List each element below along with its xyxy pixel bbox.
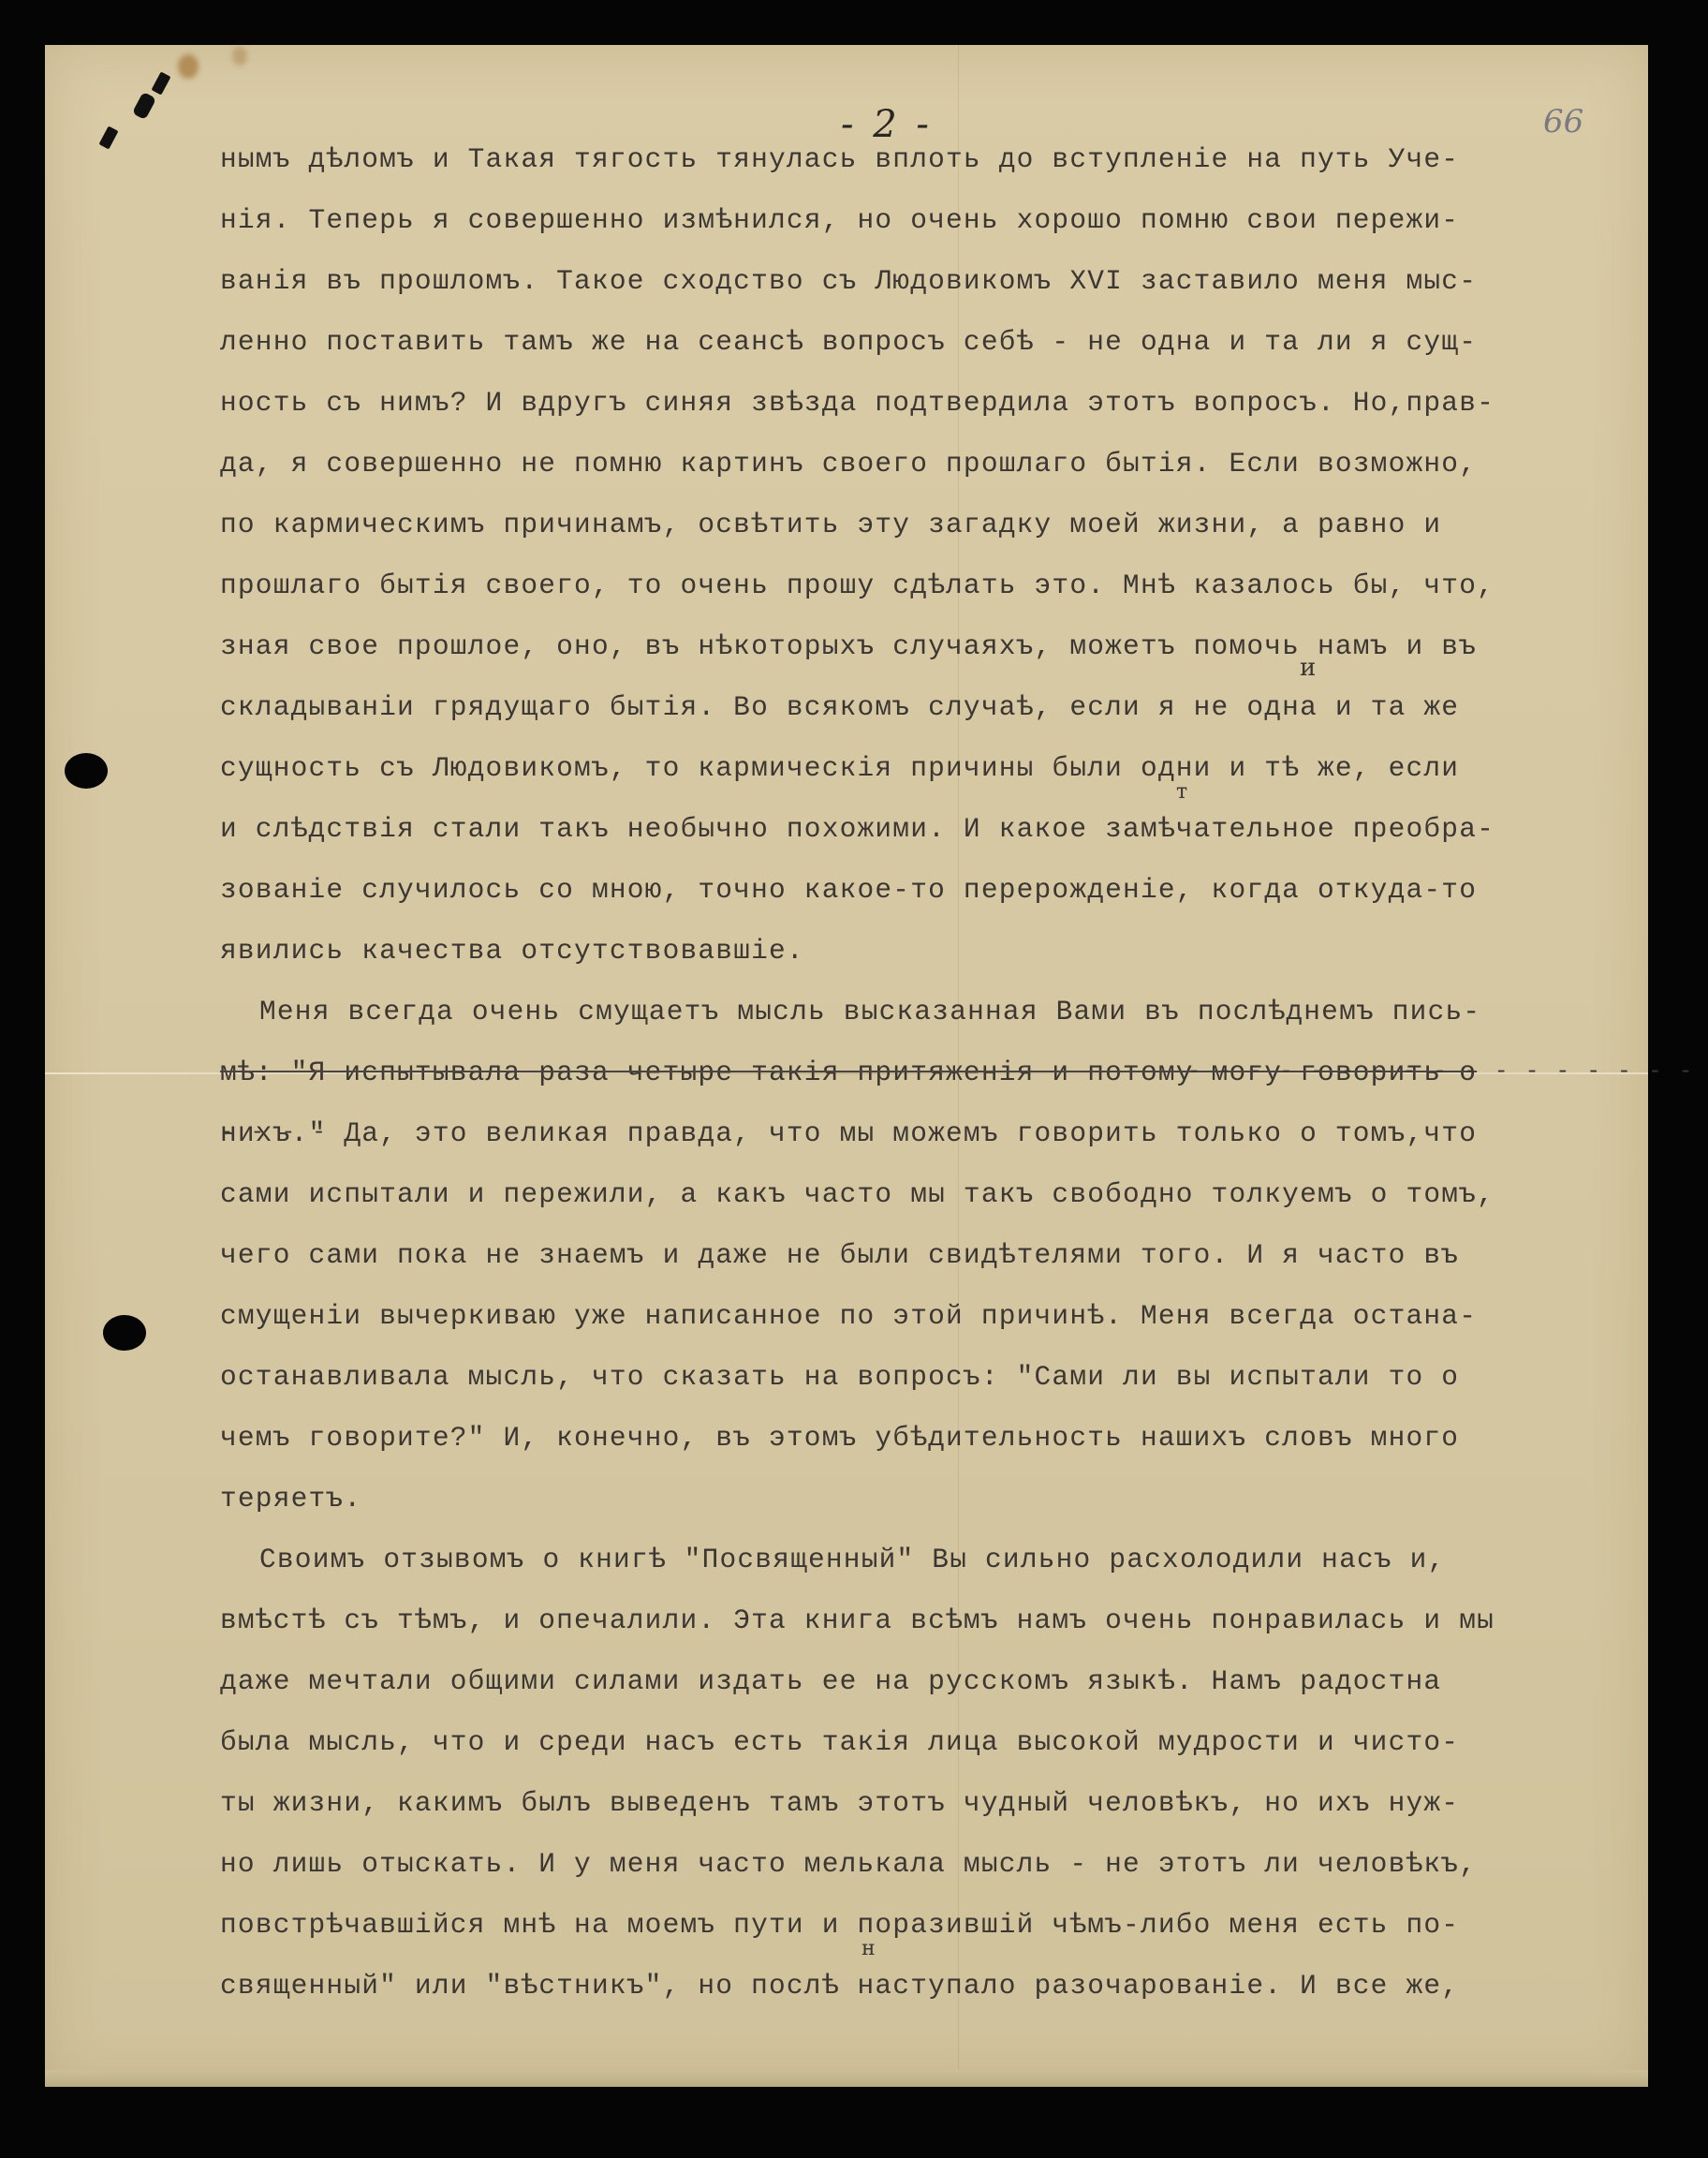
text-line: чемъ говорите?" И, конечно, въ этомъ убѣ… <box>220 1408 1662 1469</box>
text-line: зованіе случилось со мною, точно какое-т… <box>220 860 1662 921</box>
text-line: ность съ нимъ? И вдругъ синяя звѣзда под… <box>220 373 1662 434</box>
staple-mark-icon <box>152 71 171 95</box>
underline-dashes: - - - - - - - - - - - - - - - - - - <box>1187 1068 1708 1077</box>
text-line: вмѣстѣ съ тѣмъ, и опечалили. Эта книга в… <box>220 1590 1662 1651</box>
text-line: смущеніи вычеркиваю уже написанное по эт… <box>220 1286 1662 1347</box>
paper-bottom-edge <box>45 2070 1648 2087</box>
handwritten-correction: и <box>1300 654 1316 682</box>
staple-mark-icon <box>132 92 156 120</box>
text-line: нымъ дѣломъ и Такая тягость тянулась впл… <box>220 129 1662 190</box>
text-line: ты жизни, какимъ былъ выведенъ тамъ этот… <box>220 1773 1662 1834</box>
rust-stain <box>232 47 247 66</box>
text-line: чего сами пока не знаемъ и даже не были … <box>220 1225 1662 1286</box>
text-line: но лишь отыскать. И у меня часто мелькал… <box>220 1834 1662 1895</box>
text-line: останавливала мысль, что сказать на вопр… <box>220 1347 1662 1408</box>
staple-mark-icon <box>99 126 119 149</box>
text-line: ванія въ прошломъ. Такое сходство съ Люд… <box>220 251 1662 312</box>
text-line: да, я совершенно не помню картинъ своего… <box>220 434 1662 495</box>
text-line: зная свое прошлое, оно, въ нѣкоторыхъ сл… <box>220 616 1662 677</box>
document-page: - 2 - 66 нымъ дѣломъ и Такая тягость тян… <box>45 45 1648 2087</box>
underline-dashes: - - - - <box>220 1129 328 1138</box>
text-line: была мысль, что и среди насъ есть такія … <box>220 1712 1662 1773</box>
handwritten-correction: н <box>861 1937 876 1960</box>
text-line: ленно поставить тамъ же на сеансѣ вопрос… <box>220 312 1662 373</box>
punch-hole <box>103 1315 146 1351</box>
rust-stain <box>178 54 199 79</box>
text-line: даже мечтали общими силами издать ее на … <box>220 1651 1662 1712</box>
text-line: теряетъ. <box>220 1469 1662 1530</box>
text-line: сами испытали и пережили, а какъ часто м… <box>220 1164 1662 1225</box>
handwritten-correction: т <box>1176 780 1187 804</box>
text-line: священный" или "вѣстникъ", но послѣ наст… <box>220 1956 1662 2017</box>
punch-hole <box>65 753 108 789</box>
text-line: складываніи грядущаго бытія. Во всякомъ … <box>220 677 1662 738</box>
text-line: и слѣдствія стали такъ необычно похожими… <box>220 799 1662 860</box>
text-line: Своимъ отзывомъ о книгѣ "Посвященный" Вы… <box>220 1530 1662 1590</box>
text-line: нихъ." Да, это великая правда, что мы мо… <box>220 1103 1662 1164</box>
text-line: нія. Теперь я совершенно измѣнился, но о… <box>220 190 1662 251</box>
text-line: явились качества отсутствовавшіе. <box>220 921 1662 982</box>
text-line: повстрѣчавшійся мнѣ на моемъ пути и пора… <box>220 1895 1662 1956</box>
text-line: по кармическимъ причинамъ, освѣтить эту … <box>220 495 1662 555</box>
text-line: сущность съ Людовикомъ, то кармическія п… <box>220 738 1662 799</box>
text-line: Меня всегда очень смущаетъ мысль высказа… <box>220 982 1662 1042</box>
text-line: прошлаго бытія своего, то очень прошу сд… <box>220 555 1662 616</box>
